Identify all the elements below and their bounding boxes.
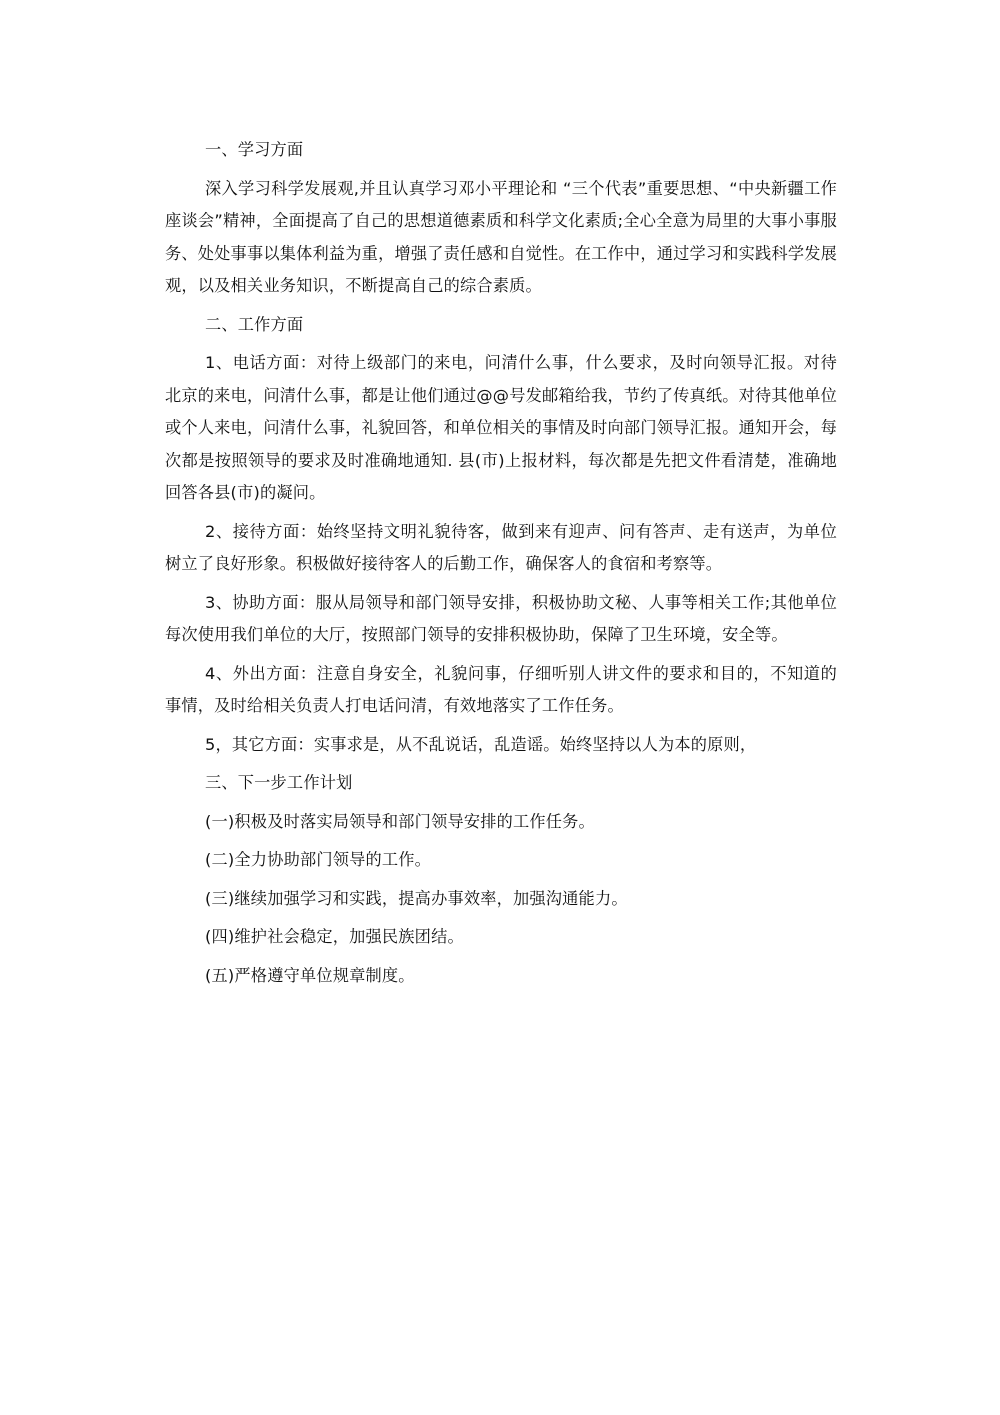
paragraph-reception: 2、接待方面：始终坚持文明礼貌待客，做到来有迎声、问有答声、走有送声，为单位树立…: [165, 516, 837, 581]
paragraph-study: 深入学习科学发展观,并且认真学习邓小平理论和 “三个代表”重要思想、“中央新疆工…: [165, 173, 837, 303]
section-heading-plan: 三、下一步工作计划: [165, 767, 837, 800]
plan-item-4: (四)维护社会稳定，加强民族团结。: [165, 921, 837, 954]
paragraph-outings: 4、外出方面：注意自身安全，礼貌问事，仔细听别人讲文件的要求和目的，不知道的事情…: [165, 658, 837, 723]
plan-item-1: (一)积极及时落实局领导和部门领导安排的工作任务。: [165, 806, 837, 839]
paragraph-phone: 1、电话方面：对待上级部门的来电，问清什么事，什么要求，及时向领导汇报。对待北京…: [165, 347, 837, 510]
paragraph-other: 5，其它方面：实事求是，从不乱说话，乱造谣。始终坚持以人为本的原则，: [165, 729, 837, 762]
section-heading-study: 一、学习方面: [165, 134, 837, 167]
plan-item-5: (五)严格遵守单位规章制度。: [165, 960, 837, 993]
document-page: 一、学习方面 深入学习科学发展观,并且认真学习邓小平理论和 “三个代表”重要思想…: [0, 0, 1000, 1415]
paragraph-assistance: 3、协助方面：服从局领导和部门领导安排，积极协助文秘、人事等相关工作;其他单位每…: [165, 587, 837, 652]
document-body: 一、学习方面 深入学习科学发展观,并且认真学习邓小平理论和 “三个代表”重要思想…: [165, 134, 837, 998]
plan-item-2: (二)全力协助部门领导的工作。: [165, 844, 837, 877]
plan-item-3: (三)继续加强学习和实践，提高办事效率，加强沟通能力。: [165, 883, 837, 916]
section-heading-work: 二、工作方面: [165, 309, 837, 342]
